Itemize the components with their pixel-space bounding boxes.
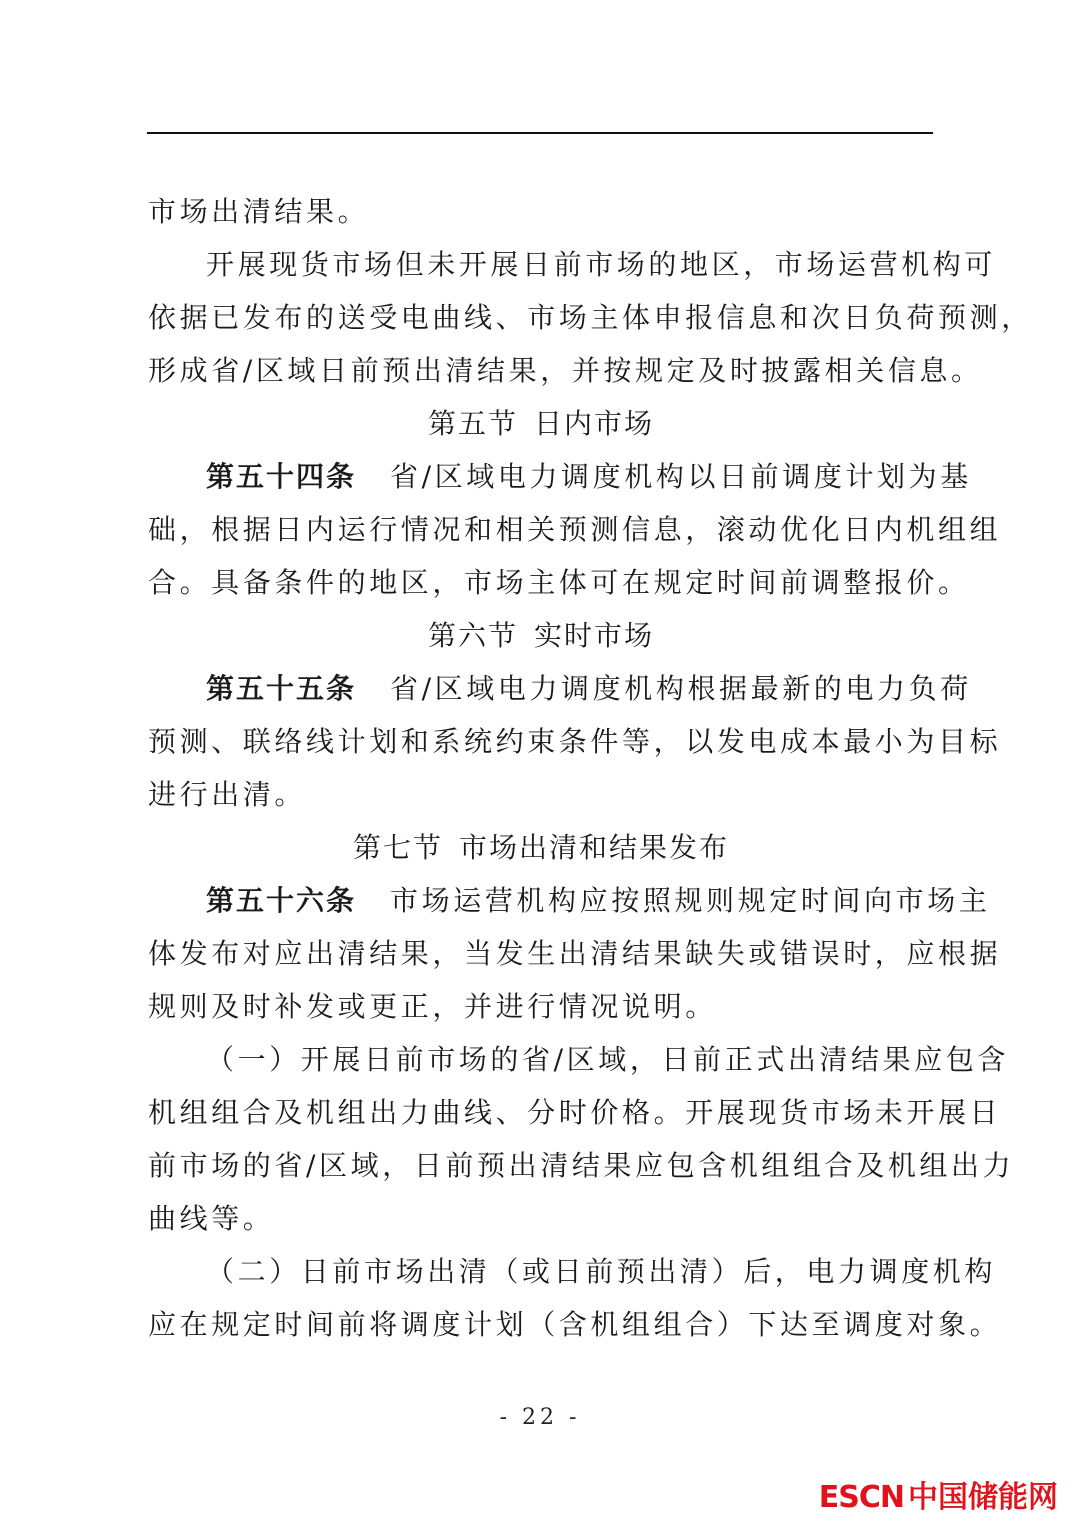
page-number: - 22 - — [0, 1405, 1080, 1430]
article-number: 第五十六条 — [206, 884, 356, 917]
article-text: 省/区域电力调度机构根据最新的电力负荷 — [390, 672, 972, 705]
text-line: 应在规定时间前将调度计划（含机组组合）下达至调度对象。 — [148, 1298, 934, 1351]
section-heading: 第六节实时市场 — [148, 609, 934, 662]
paragraph: 开展现货市场但未开展日前市场的地区，市场运营机构可依据已发布的送受电曲线、市场主… — [148, 238, 934, 397]
section-number: 第七节 — [353, 831, 443, 864]
text-line: 机组组合及机组出力曲线、分时价格。开展现货市场未开展日 — [148, 1086, 934, 1139]
text-line: 开展现货市场但未开展日前市场的地区，市场运营机构可 — [148, 238, 934, 291]
text-line: 第五十六条市场运营机构应按照规则规定时间向市场主 — [148, 874, 934, 927]
logo-chinese: 中国储能网 — [908, 1480, 1058, 1515]
article-text: 省/区域电力调度机构以日前调度计划为基 — [390, 460, 972, 493]
document-page: 市场出清结果。开展现货市场但未开展日前市场的地区，市场运营机构可依据已发布的送受… — [0, 0, 1080, 1527]
text-line: 础，根据日内运行情况和相关预测信息，滚动优化日内机组组 — [148, 503, 934, 556]
article: 第五十六条市场运营机构应按照规则规定时间向市场主体发布对应出清结果，当发生出清结… — [148, 874, 934, 1033]
logo-latin: ESCN — [819, 1480, 904, 1515]
text-line: 进行出清。 — [148, 768, 934, 821]
article-number: 第五十五条 — [206, 672, 356, 705]
text-line: 曲线等。 — [148, 1192, 934, 1245]
paragraph: （二）日前市场出清（或日前预出清）后，电力调度机构应在规定时间前将调度计划（含机… — [148, 1245, 934, 1351]
text-line: 依据已发布的送受电曲线、市场主体申报信息和次日负荷预测， — [148, 291, 934, 344]
text-line: 形成省/区域日前预出清结果，并按规定及时披露相关信息。 — [148, 344, 934, 397]
paragraph: （一）开展日前市场的省/区域，日前正式出清结果应包含机组组合及机组出力曲线、分时… — [148, 1033, 934, 1245]
paragraph: 市场出清结果。 — [148, 185, 934, 238]
section-heading: 第七节市场出清和结果发布 — [148, 821, 934, 874]
text-line: 体发布对应出清结果，当发生出清结果缺失或错误时，应根据 — [148, 927, 934, 980]
text-line: 前市场的省/区域，日前预出清结果应包含机组组合及机组出力 — [148, 1139, 934, 1192]
text-line: 规则及时补发或更正，并进行情况说明。 — [148, 980, 934, 1033]
article-number: 第五十四条 — [206, 460, 356, 493]
section-title: 日内市场 — [534, 407, 654, 440]
article: 第五十五条省/区域电力调度机构根据最新的电力负荷预测、联络线计划和系统约束条件等… — [148, 662, 934, 821]
text-line: 合。具备条件的地区，市场主体可在规定时间前调整报价。 — [148, 556, 934, 609]
text-line: 第五十五条省/区域电力调度机构根据最新的电力负荷 — [148, 662, 934, 715]
text-line: （一）开展日前市场的省/区域，日前正式出清结果应包含 — [148, 1033, 934, 1086]
section-title: 市场出清和结果发布 — [459, 831, 729, 864]
document-body: 市场出清结果。开展现货市场但未开展日前市场的地区，市场运营机构可依据已发布的送受… — [148, 185, 934, 1351]
text-line: （二）日前市场出清（或日前预出清）后，电力调度机构 — [148, 1245, 934, 1298]
article-text: 市场运营机构应按照规则规定时间向市场主 — [390, 884, 990, 917]
text-line: 第五十四条省/区域电力调度机构以日前调度计划为基 — [148, 450, 934, 503]
section-heading: 第五节日内市场 — [148, 397, 934, 450]
section-title: 实时市场 — [534, 619, 654, 652]
section-number: 第五节 — [428, 407, 518, 440]
header-rule — [147, 132, 933, 134]
text-line: 预测、联络线计划和系统约束条件等，以发电成本最小为目标 — [148, 715, 934, 768]
text-line: 市场出清结果。 — [148, 185, 934, 238]
section-number: 第六节 — [428, 619, 518, 652]
escn-logo: ESCN中国储能网 — [819, 1472, 1058, 1516]
article: 第五十四条省/区域电力调度机构以日前调度计划为基础，根据日内运行情况和相关预测信… — [148, 450, 934, 609]
